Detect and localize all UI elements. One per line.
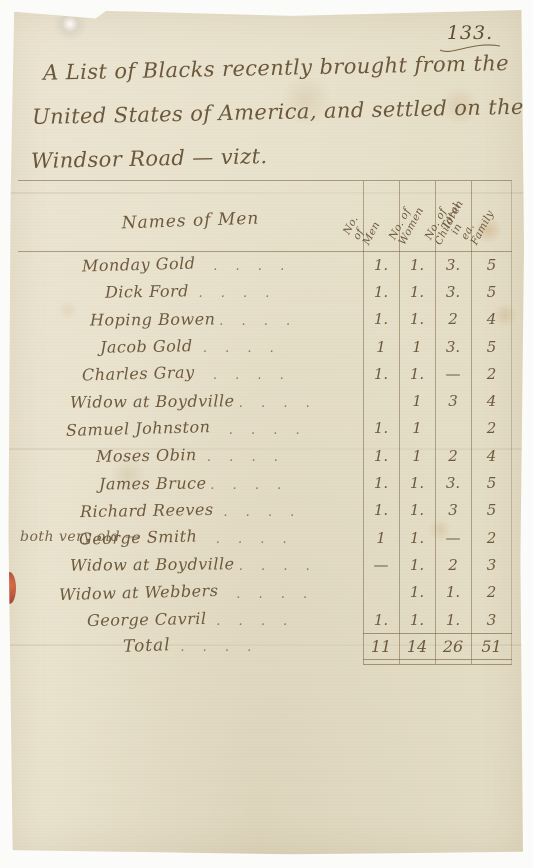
- manuscript-page: 133. A List of Blacks recently brought f…: [8, 10, 524, 856]
- person-name-cell: Samuel Johnston . . . .: [18, 419, 363, 438]
- table-row: Jacob Gold . . . . 1 1 3. 5: [18, 333, 512, 360]
- person-name: George Cavril: [87, 609, 207, 630]
- settlement-table: Names of Men No. of Men No. of Women No.…: [18, 180, 512, 664]
- family-total: 5: [471, 256, 512, 274]
- dot-leader: . . . .: [203, 341, 281, 356]
- dot-leader: . . . .: [236, 587, 314, 602]
- person-name-cell: Monday Gold . . . .: [18, 255, 363, 274]
- women-count: 1.: [399, 283, 435, 301]
- person-name-cell: Charles Gray . . . .: [18, 364, 363, 383]
- total-label: Total: [122, 635, 170, 657]
- women-count: 1.: [399, 256, 435, 274]
- person-name-cell: Widow at Webbers . . . .: [18, 583, 363, 602]
- column-header-no-of-men: No. of Men: [363, 181, 399, 251]
- table-header: Names of Men No. of Men No. of Women No.…: [18, 181, 512, 252]
- women-count: 1.: [399, 529, 435, 547]
- table-row: James Bruce . . . . 1. 1. 3. 5: [18, 469, 512, 496]
- dot-leader: . . . .: [229, 423, 307, 438]
- children-count: —: [435, 365, 471, 383]
- family-total: 5: [471, 501, 512, 519]
- person-name-cell: Richard Reeves . . . .: [18, 501, 363, 520]
- children-count: 1.: [435, 611, 471, 629]
- total-men-count: 11: [363, 637, 399, 656]
- family-total: 3: [471, 556, 512, 574]
- person-name: Widow at Webbers: [59, 581, 219, 604]
- children-count: 3.: [435, 474, 471, 492]
- men-count: 1: [363, 338, 399, 356]
- dot-leader: . . . .: [199, 286, 277, 301]
- family-total: 5: [471, 283, 512, 301]
- family-total: 2: [471, 365, 512, 383]
- dot-leader: . . . .: [239, 396, 317, 411]
- dot-leader: . . . .: [207, 450, 285, 465]
- person-name: Widow at Boydville: [70, 555, 235, 575]
- children-count: 2: [435, 447, 471, 465]
- table-row: Hoping Bowen . . . . 1. 1. 2 4: [18, 306, 512, 333]
- person-name: Dick Ford: [104, 282, 188, 302]
- children-count: 3: [435, 501, 471, 519]
- dot-leader: . . . .: [216, 614, 294, 629]
- women-count: 1.: [399, 310, 435, 328]
- women-count: 1: [399, 338, 435, 356]
- family-total: 2: [471, 583, 512, 601]
- person-name-cell: George Cavril . . . .: [18, 610, 363, 629]
- dot-leader: . . . .: [216, 532, 294, 547]
- column-header-total-in-family: Total in ea. Family: [471, 181, 512, 251]
- men-count: 1.: [363, 447, 399, 465]
- person-name-cell: Widow at Boydville . . . .: [18, 555, 363, 574]
- person-name: Richard Reeves: [80, 500, 214, 521]
- men-count: 1.: [363, 310, 399, 328]
- photo-background: 133. A List of Blacks recently brought f…: [0, 0, 533, 868]
- table-row: Widow at Webbers . . . . 1. 1. 2: [18, 579, 512, 606]
- women-count: 1.: [399, 365, 435, 383]
- person-name: Moses Obin: [96, 445, 197, 466]
- children-count: 3.: [435, 256, 471, 274]
- table-rule: [363, 659, 512, 665]
- men-count: 1.: [363, 419, 399, 437]
- person-name: Hoping Bowen: [90, 309, 216, 329]
- total-row: Total . . . . 11 14 26 51: [18, 633, 512, 659]
- person-name-cell: Dick Ford . . . .: [18, 282, 363, 301]
- dot-leader: . . . .: [213, 368, 291, 383]
- person-name: Charles Gray: [82, 363, 195, 385]
- table-rows: Monday Gold . . . . 1. 1. 3. 5 Dick Ford…: [18, 251, 512, 633]
- men-count: 1.: [363, 256, 399, 274]
- person-name-cell: Jacob Gold . . . .: [18, 337, 363, 356]
- column-header-no-of-women: No. of Women: [399, 181, 435, 251]
- total-label-cell: Total . . . .: [18, 636, 363, 656]
- wax-seal-mark: [3, 572, 16, 604]
- men-count: 1.: [363, 365, 399, 383]
- children-count: 1.: [435, 583, 471, 601]
- dot-leader: . . . .: [223, 505, 301, 520]
- men-count: —: [363, 556, 399, 574]
- total-families-count: 51: [471, 637, 512, 656]
- children-count: 3: [435, 392, 471, 410]
- table-row: Dick Ford . . . . 1. 1. 3. 5: [18, 278, 512, 305]
- table-row: Samuel Johnston . . . . 1. 1 2: [18, 415, 512, 442]
- title-line-3: Windsor Road — vizt.: [31, 129, 516, 183]
- document-title: A List of Blacks recently brought from t…: [29, 41, 516, 183]
- table-row: both very old — George Smith . . . . 1 1…: [18, 524, 512, 551]
- men-count: 1.: [363, 283, 399, 301]
- table-row: George Cavril . . . . 1. 1. 1. 3: [18, 606, 512, 633]
- total-children-count: 26: [435, 637, 471, 656]
- men-count: 1.: [363, 474, 399, 492]
- dot-leader: . . . .: [180, 640, 258, 655]
- family-total: 4: [471, 310, 512, 328]
- women-count: 1: [399, 392, 435, 410]
- person-name: Monday Gold: [82, 254, 196, 276]
- table-row: Widow at Boydville . . . . 1 3 4: [18, 387, 512, 414]
- men-count: 1: [363, 529, 399, 547]
- table-row: Charles Gray . . . . 1. 1. — 2: [18, 360, 512, 387]
- family-total: 5: [471, 474, 512, 492]
- men-count: 1.: [363, 501, 399, 519]
- family-total: 2: [471, 419, 512, 437]
- women-count: 1.: [399, 474, 435, 492]
- person-name: James Bruce: [99, 473, 207, 493]
- table-row: Moses Obin . . . . 1. 1 2 4: [18, 442, 512, 469]
- dot-leader: . . . .: [239, 559, 317, 574]
- dot-leader: . . . .: [210, 478, 288, 493]
- person-name: Jacob Gold: [100, 336, 193, 357]
- women-count: 1: [399, 419, 435, 437]
- women-count: 1.: [399, 611, 435, 629]
- women-count: 1.: [399, 583, 435, 601]
- table-row: Richard Reeves . . . . 1. 1. 3 5: [18, 497, 512, 524]
- women-count: 1.: [399, 556, 435, 574]
- person-name: Samuel Johnston: [66, 417, 211, 440]
- children-count: 3.: [435, 338, 471, 356]
- family-total: 5: [471, 338, 512, 356]
- table-row: Monday Gold . . . . 1. 1. 3. 5: [18, 251, 512, 278]
- names-of-men-header: Names of Men: [18, 205, 363, 237]
- children-count: 2: [435, 310, 471, 328]
- men-count: 1.: [363, 611, 399, 629]
- women-count: 1: [399, 447, 435, 465]
- person-name-cell: Moses Obin . . . .: [18, 446, 363, 465]
- family-total: 4: [471, 392, 512, 410]
- family-total: 2: [471, 529, 512, 547]
- table-row: Widow at Boydville . . . . — 1. 2 3: [18, 551, 512, 578]
- person-name: Widow at Boydville: [70, 391, 235, 411]
- dot-leader: . . . .: [213, 259, 291, 274]
- person-name-cell: James Bruce . . . .: [18, 474, 363, 493]
- person-name-cell: Hoping Bowen . . . .: [18, 310, 363, 329]
- total-women-count: 14: [399, 637, 435, 656]
- family-total: 3: [471, 611, 512, 629]
- women-count: 1.: [399, 501, 435, 519]
- person-name: George Smith: [79, 527, 198, 549]
- family-total: 4: [471, 447, 512, 465]
- children-count: 2: [435, 556, 471, 574]
- dot-leader: . . . .: [219, 314, 297, 329]
- person-name-cell: Widow at Boydville . . . .: [18, 392, 363, 411]
- children-count: 3.: [435, 283, 471, 301]
- children-count: —: [435, 529, 471, 547]
